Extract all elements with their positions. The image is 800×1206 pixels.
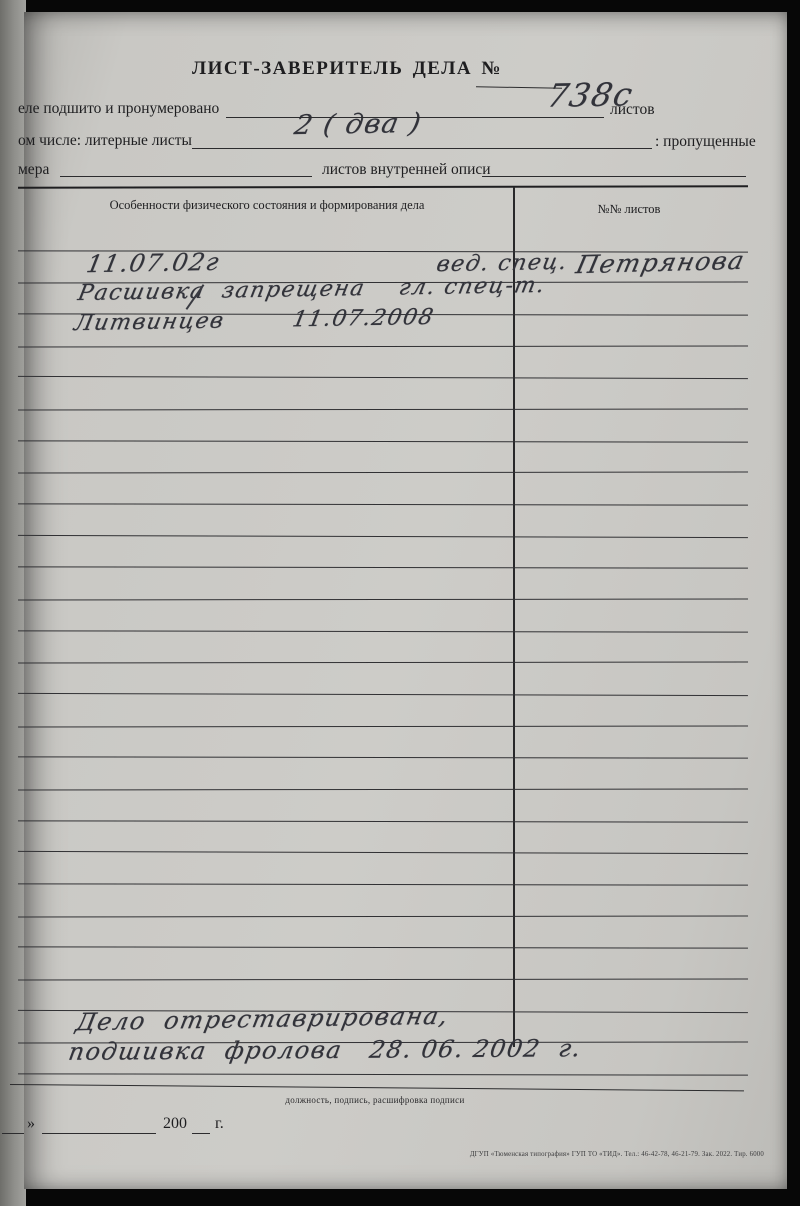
table-header-left: Особенности физического состояния и форм…: [28, 198, 506, 213]
form-content: ЛИСТ-ЗАВЕРИТЕЛЬ ДЕЛА № 738с еле подшито …: [0, 0, 800, 1206]
table-row: [18, 916, 748, 949]
table-row: [18, 377, 748, 410]
table-row: [18, 536, 748, 569]
handwritten-restored-line2: подшивка фролова 28. 06. 2002 г.: [14, 1008, 581, 1092]
table-row: [18, 789, 748, 822]
date-month-underline: [42, 1133, 156, 1134]
handwritten-entry-note2: Литвинцев 11.07.2008: [24, 283, 433, 358]
table-row: [18, 599, 748, 632]
form-title: ЛИСТ-ЗАВЕРИТЕЛЬ ДЕЛА №: [192, 58, 502, 80]
entry-note2-text: Литвинцев 11.07.2008: [72, 305, 437, 336]
numbers-underline: [60, 176, 312, 177]
table-row: [18, 631, 748, 664]
table-row: [18, 503, 748, 537]
table-row: [18, 409, 748, 442]
date-year-prefix: 200: [163, 1115, 187, 1133]
table-row: [18, 820, 748, 854]
sheets-unit-label: листов: [610, 101, 655, 119]
table-row: [18, 694, 748, 727]
table-row: [18, 947, 748, 980]
letter-sheets-label: ом числе: литерные листы: [18, 132, 192, 150]
entry-name-text: Петрянова: [573, 246, 748, 279]
sheets-count-text: 2 ( два ): [291, 108, 424, 141]
sheets-count-underline: [226, 117, 604, 118]
table-row: [18, 472, 748, 505]
handwritten-sheets-count: 2 ( два ): [234, 78, 421, 171]
table-row: [18, 757, 748, 790]
table-row: [18, 441, 748, 474]
letter-sheets-underline: [192, 148, 652, 149]
date-year-underline: [192, 1133, 210, 1134]
missing-label: : пропущенные: [655, 133, 756, 151]
table-row: [18, 852, 748, 885]
printer-imprint: ДГУП «Тюменская типография» ГУП ТО «ТИД»…: [420, 1151, 764, 1158]
signature-caption: должность, подпись, расшифровка подписи: [0, 1095, 750, 1105]
date-day-underline: [2, 1133, 24, 1134]
handwritten-case-number: 738с: [478, 38, 633, 152]
table-row: [18, 662, 748, 696]
date-year-suffix: г.: [215, 1115, 224, 1133]
table-top-border: [18, 185, 748, 189]
scanned-document-page: ЛИСТ-ЗАВЕРИТЕЛЬ ДЕЛА № 738с еле подшито …: [0, 0, 800, 1206]
table-header-right: №№ листов: [516, 202, 742, 217]
internal-inventory-underline: [482, 176, 746, 177]
handwritten-entry-name: Петрянова: [520, 219, 744, 306]
internal-inventory-label: листов внутренней описи: [322, 161, 491, 179]
sheets-count-label: еле подшито и пронумеровано: [18, 100, 219, 118]
table-row: [18, 884, 748, 917]
date-quote-mark: »: [27, 1115, 35, 1133]
numbers-label: мера: [18, 161, 49, 179]
restored-line2-text: подшивка фролова 28. 06. 2002 г.: [66, 1034, 584, 1066]
table-row: [18, 567, 748, 600]
table-row: [18, 726, 748, 759]
